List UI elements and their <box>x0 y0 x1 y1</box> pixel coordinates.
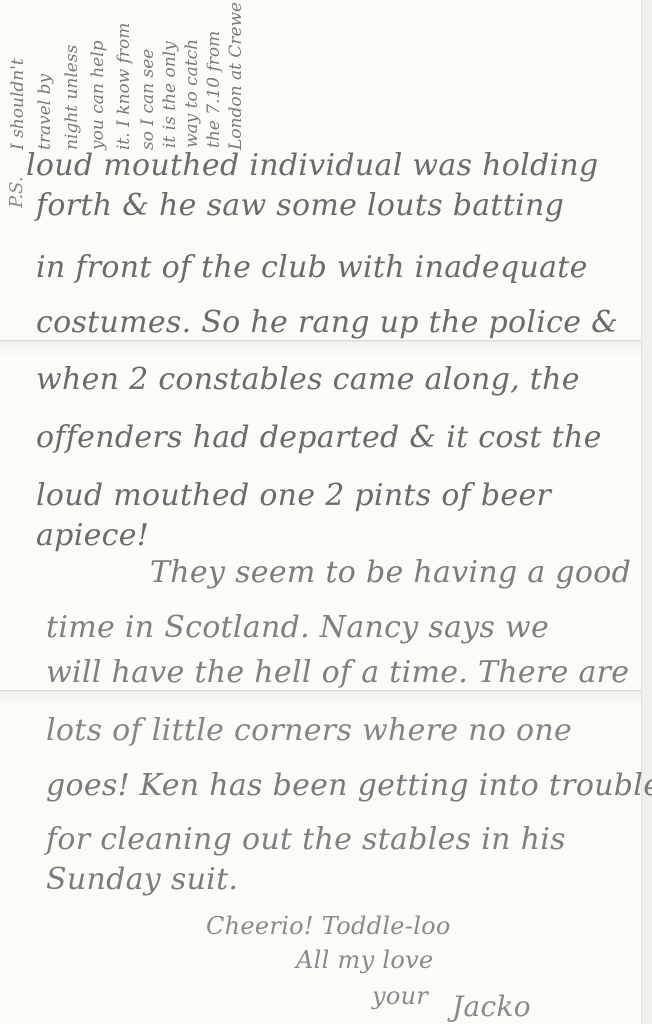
letter-line: goes! Ken has been getting into trouble <box>46 768 652 803</box>
letter-line: will have the hell of a time. There are <box>46 655 629 690</box>
letter-line: loud mouthed one 2 pints of beer <box>36 478 551 513</box>
postscript-line: you can help <box>88 40 108 150</box>
letter-line: for cleaning out the stables in his <box>46 822 566 857</box>
postscript-line: it is the only <box>160 41 180 148</box>
letter-line: costumes. So he rang up the police & <box>36 305 618 340</box>
postscript-line: night unless <box>62 45 82 150</box>
letter-line: when 2 constables came along, the <box>36 362 580 397</box>
signature: Jacko <box>452 990 531 1023</box>
postscript-line: travel by <box>35 74 55 150</box>
letter-line: They seem to be having a good <box>150 555 631 590</box>
letter-page: P.S. I shouldn't travel by night unless … <box>0 0 641 1024</box>
postscript-line: the 7.10 from <box>204 31 224 148</box>
letter-line: forth & he saw some louts batting <box>36 188 564 223</box>
closing-line: Cheerio! Toddle-loo <box>206 912 451 940</box>
postscript-line: I shouldn't <box>8 58 28 150</box>
paper-fold-shadow <box>0 693 641 707</box>
postscript-line: so I can see <box>138 49 158 150</box>
letter-line: lots of little corners where no one <box>46 713 572 748</box>
letter-line: loud mouthed individual was holding <box>26 148 599 183</box>
letter-line: offenders had departed & it cost the <box>36 420 602 455</box>
paper-fold-shadow <box>0 343 641 357</box>
closing-line: your <box>372 982 428 1010</box>
closing-line: All my love <box>296 946 433 974</box>
postscript-line: it. I know from <box>114 23 134 150</box>
postscript-label: P.S. <box>6 176 27 208</box>
letter-line: Sunday suit. <box>46 862 238 897</box>
letter-line: in front of the club with inadequate <box>36 250 588 285</box>
letter-line: time in Scotland. Nancy says we <box>46 610 549 645</box>
postscript-line: London at Crewe <box>226 2 246 150</box>
letter-line: apiece! <box>36 518 149 553</box>
postscript-line: way to catch <box>182 39 202 148</box>
